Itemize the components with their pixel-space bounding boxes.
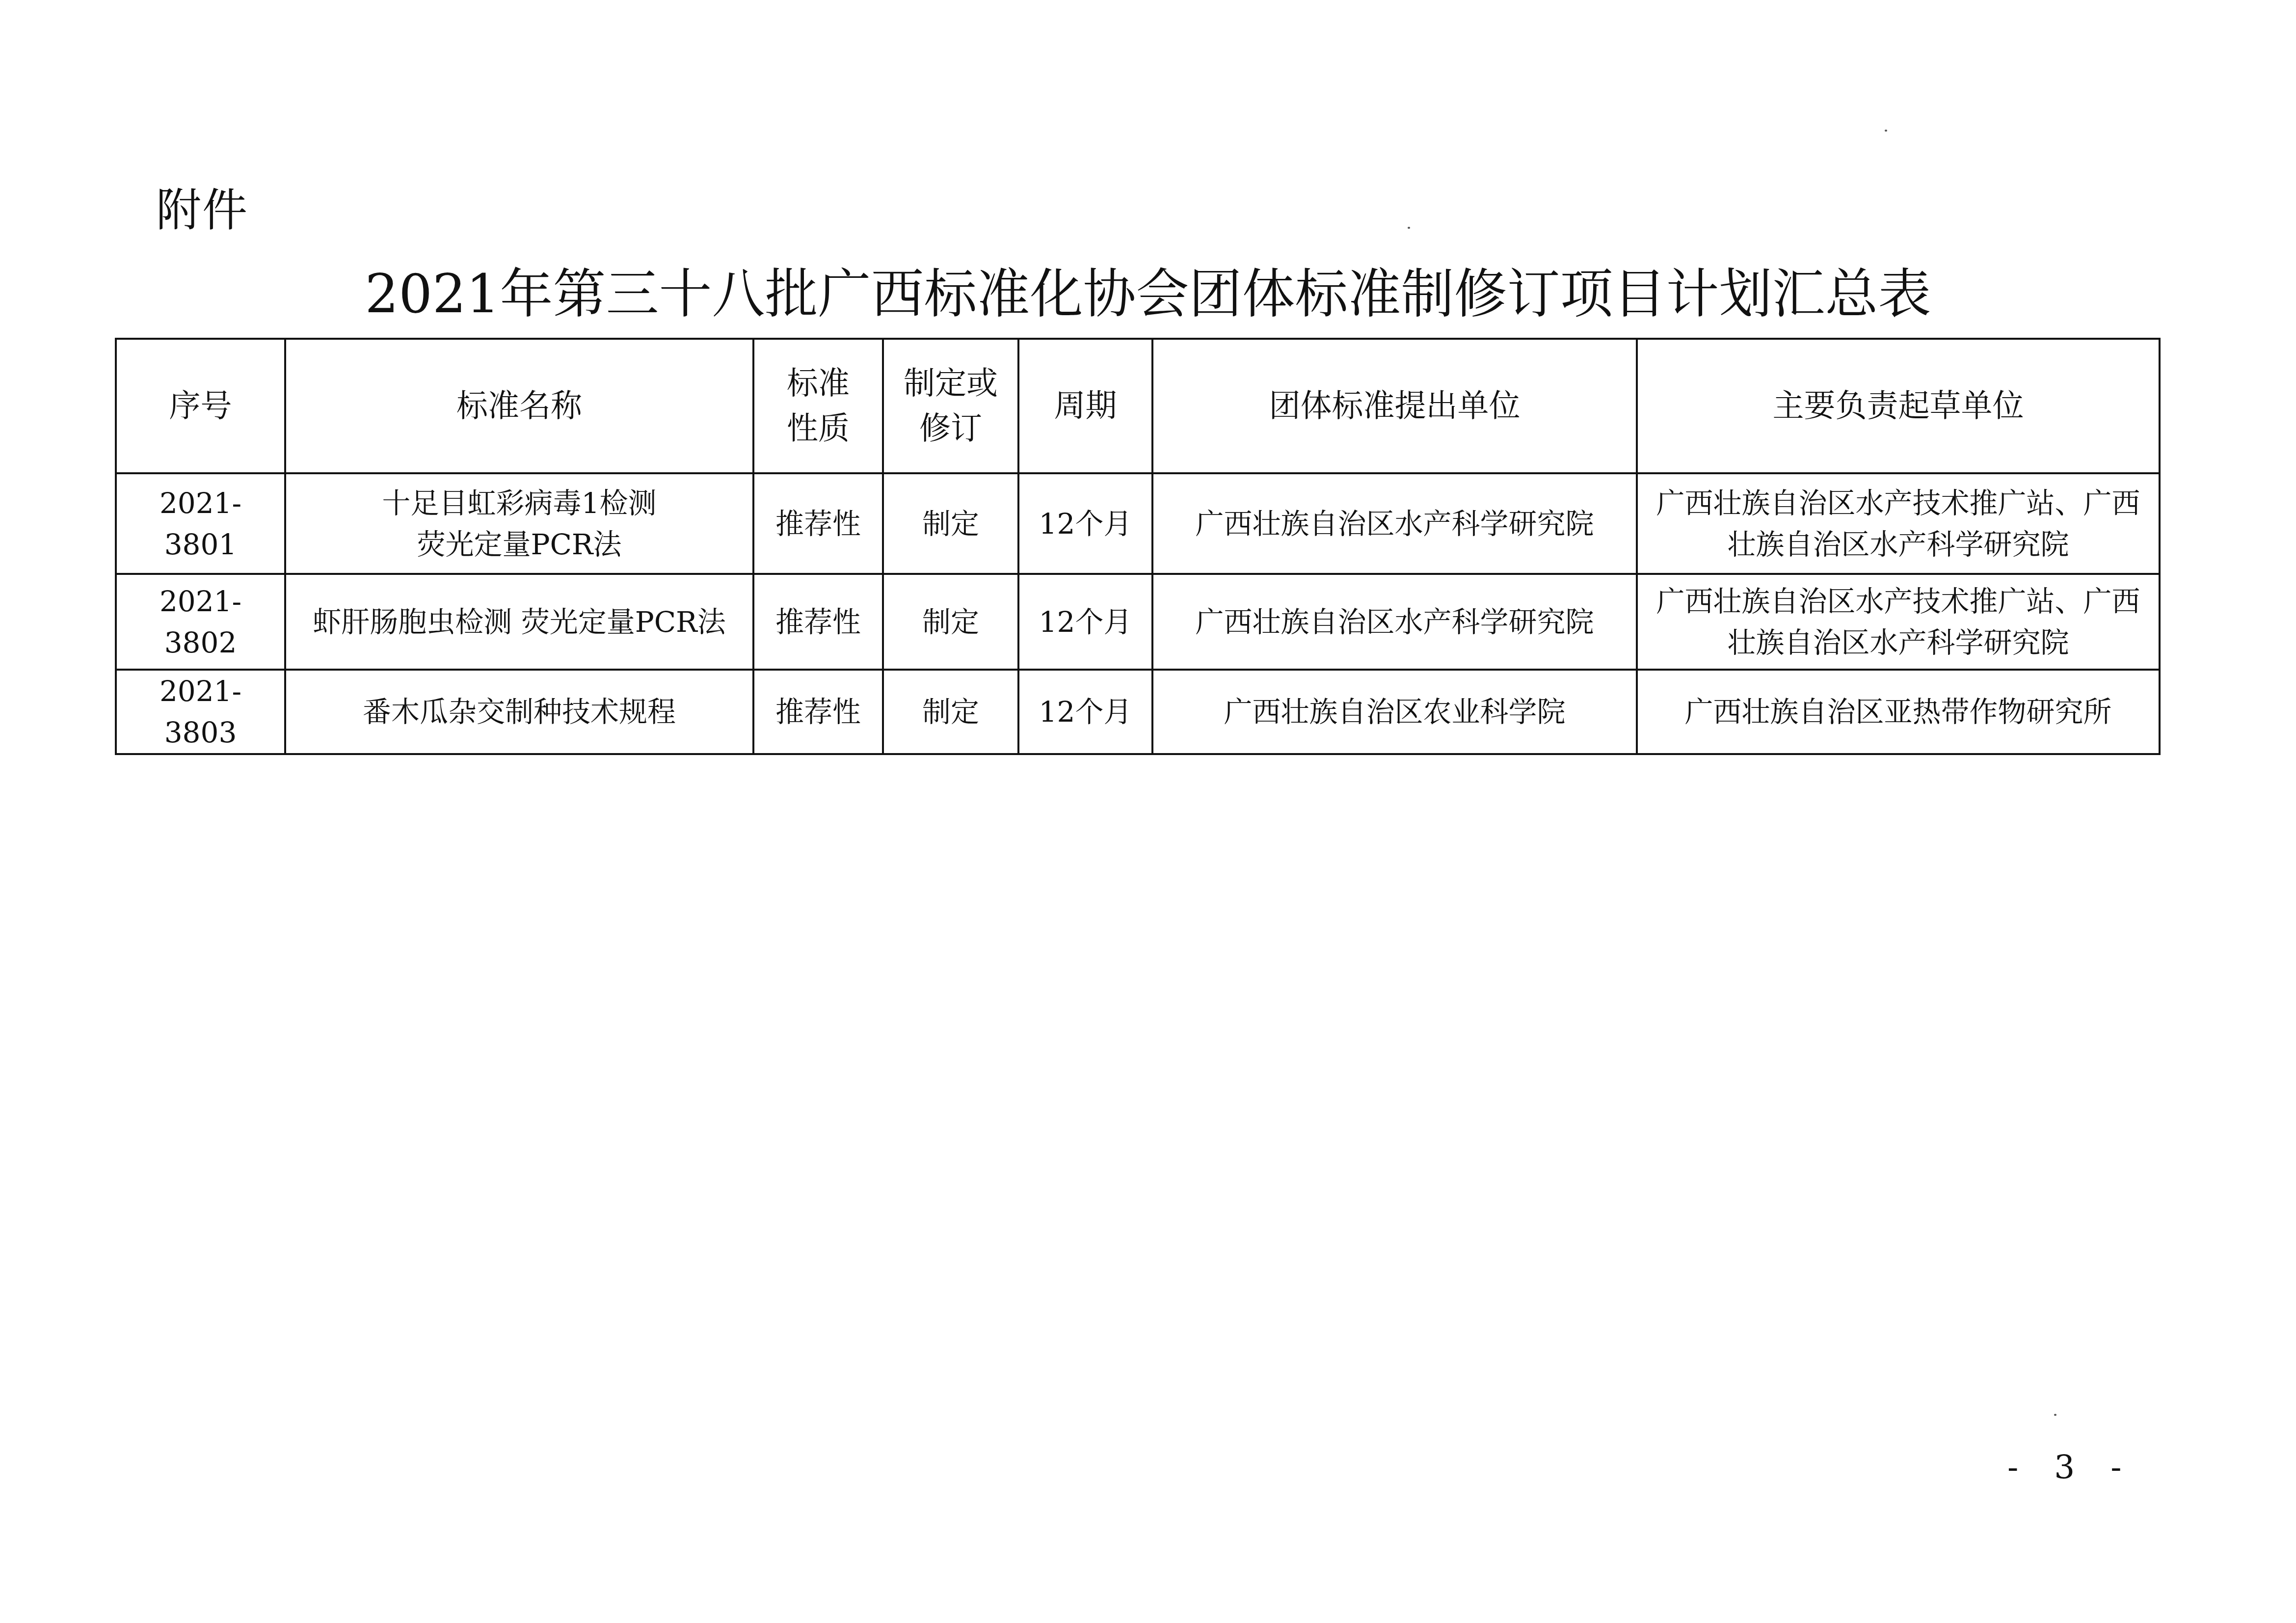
table-row: 2021-3802 虾肝肠胞虫检测 荧光定量PCR法 推荐性 制定 12个月 广… xyxy=(116,574,2160,670)
header-drafter: 主要负责起草单位 xyxy=(1637,339,2160,473)
cell-proposer: 广西壮族自治区水产科学研究院 xyxy=(1152,473,1637,574)
cell-type: 制定 xyxy=(883,670,1018,754)
table-header-row: 序号 标准名称 标准 性质 制定或 修订 周期 团体标准提出单位 主要负责起草单… xyxy=(116,339,2160,473)
scan-speck xyxy=(2054,1414,2056,1416)
cell-drafter: 广西壮族自治区水产技术推广站、广西 壮族自治区水产科学研究院 xyxy=(1637,574,2160,670)
header-proposer: 团体标准提出单位 xyxy=(1152,339,1637,473)
document-title: 2021年第三十八批广西标准化协会团体标准制修订项目计划汇总表 xyxy=(0,263,2296,326)
cell-period: 12个月 xyxy=(1018,473,1152,574)
cell-proposer: 广西壮族自治区农业科学院 xyxy=(1152,670,1637,754)
header-revise-line-2: 修订 xyxy=(891,406,1011,451)
page-number: - 3 - xyxy=(2007,1448,2135,1486)
drafter-line-1: 广西壮族自治区水产技术推广站、广西 xyxy=(1645,581,2152,622)
drafter-line-1: 广西壮族自治区水产技术推广站、广西 xyxy=(1645,483,2152,524)
name-line-1: 十足目虹彩病毒1检测 xyxy=(293,483,746,524)
header-serial: 序号 xyxy=(116,339,285,473)
cell-serial: 2021-3801 xyxy=(116,473,285,574)
cell-standard-name: 十足目虹彩病毒1检测 荧光定量PCR法 xyxy=(285,473,753,574)
drafter-line-2: 壮族自治区水产科学研究院 xyxy=(1645,524,2152,565)
cell-type: 制定 xyxy=(883,574,1018,670)
header-standard-nature: 标准 性质 xyxy=(753,339,883,473)
cell-standard-name: 虾肝肠胞虫检测 荧光定量PCR法 xyxy=(285,574,753,670)
name-line-2: 荧光定量PCR法 xyxy=(293,524,746,565)
header-period: 周期 xyxy=(1018,339,1152,473)
cell-nature: 推荐性 xyxy=(753,670,883,754)
table-row: 2021-3801 十足目虹彩病毒1检测 荧光定量PCR法 推荐性 制定 12个… xyxy=(116,473,2160,574)
cell-standard-name: 番木瓜杂交制种技术规程 xyxy=(285,670,753,754)
cell-drafter: 广西壮族自治区水产技术推广站、广西 壮族自治区水产科学研究院 xyxy=(1637,473,2160,574)
header-revise-line-1: 制定或 xyxy=(891,361,1011,406)
cell-period: 12个月 xyxy=(1018,574,1152,670)
cell-proposer: 广西壮族自治区水产科学研究院 xyxy=(1152,574,1637,670)
cell-serial: 2021-3803 xyxy=(116,670,285,754)
cell-drafter: 广西壮族自治区亚热带作物研究所 xyxy=(1637,670,2160,754)
cell-serial: 2021-3802 xyxy=(116,574,285,670)
cell-type: 制定 xyxy=(883,473,1018,574)
cell-period: 12个月 xyxy=(1018,670,1152,754)
scan-speck xyxy=(1885,130,1887,132)
attachment-label: 附件 xyxy=(156,174,248,239)
header-establish-or-revise: 制定或 修订 xyxy=(883,339,1018,473)
cell-nature: 推荐性 xyxy=(753,473,883,574)
header-nature-line-1: 标准 xyxy=(761,361,875,406)
project-plan-table: 序号 标准名称 标准 性质 制定或 修订 周期 团体标准提出单位 主要负责起草单… xyxy=(115,338,2161,755)
header-standard-name: 标准名称 xyxy=(285,339,753,473)
table-row: 2021-3803 番木瓜杂交制种技术规程 推荐性 制定 12个月 广西壮族自治… xyxy=(116,670,2160,754)
scan-speck xyxy=(1408,227,1410,229)
cell-nature: 推荐性 xyxy=(753,574,883,670)
header-nature-line-2: 性质 xyxy=(761,406,875,451)
drafter-line-2: 壮族自治区水产科学研究院 xyxy=(1645,622,2152,663)
